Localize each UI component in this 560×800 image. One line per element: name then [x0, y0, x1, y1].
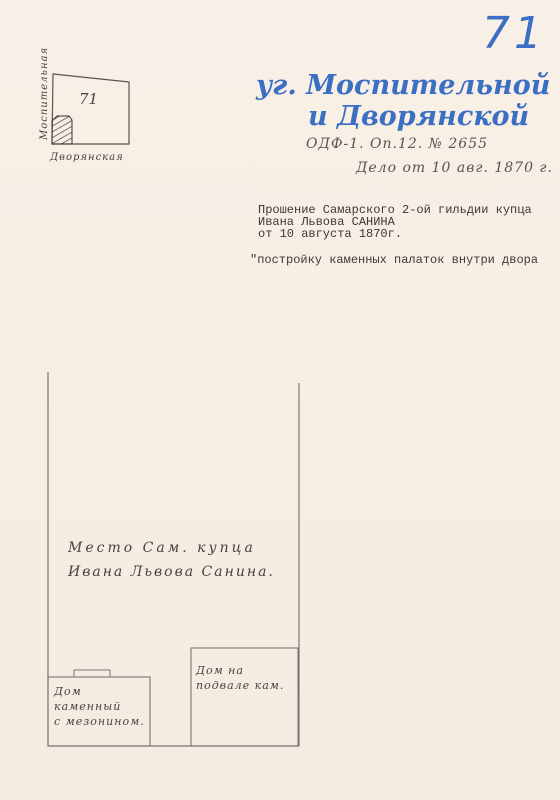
street-label-vertical: Моспительная	[39, 47, 50, 141]
building-hatched	[52, 116, 72, 144]
plot-label-line2: Ивана Львова Санина.	[68, 564, 275, 580]
street-label-horizontal: Дворянская	[49, 152, 124, 163]
lot-number-label: 71	[79, 90, 98, 108]
house-right-label: Дом на подвале кам.	[196, 663, 284, 693]
plot-label-line1: Место Сам. купца	[68, 540, 256, 556]
house-left-label: Дом каменный с мезонином.	[54, 684, 145, 729]
mezzanine	[74, 670, 110, 677]
